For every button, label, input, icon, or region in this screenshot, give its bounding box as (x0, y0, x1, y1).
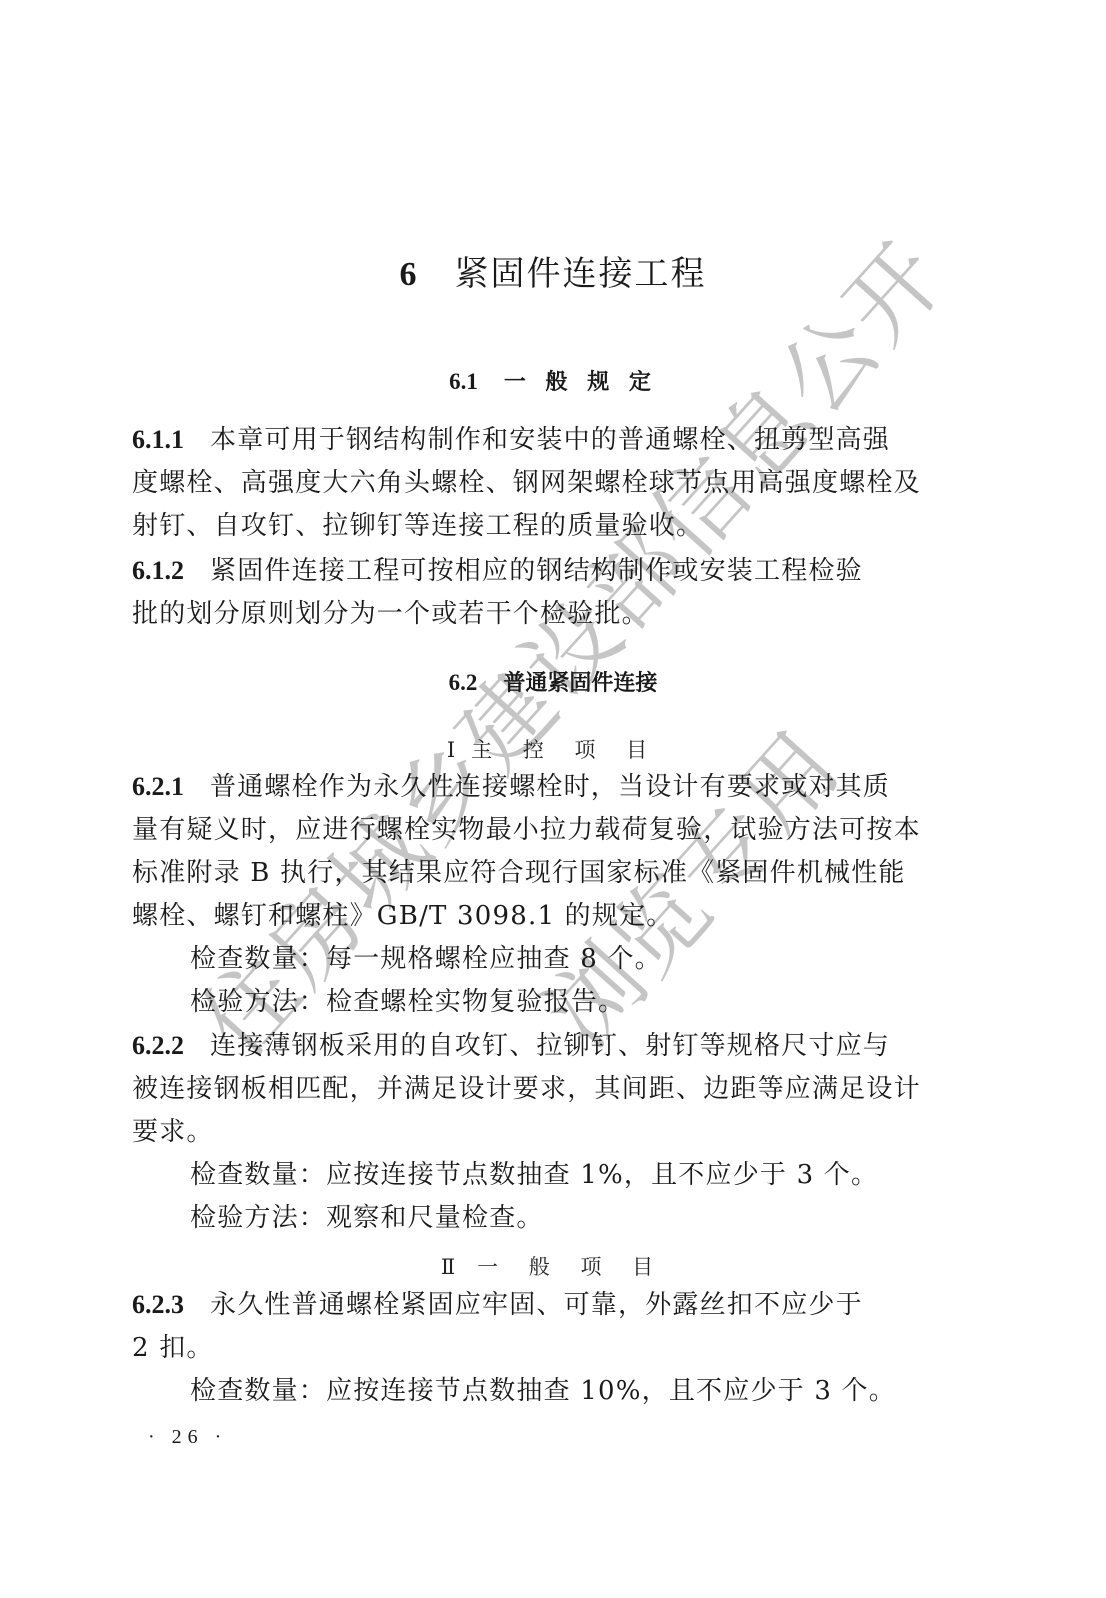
chapter-title-text: 紧固件连接工程 (455, 254, 707, 294)
clause-6-1-2-line-1: 6.1.2紧固件连接工程可按相应的钢结构制作或安装工程检验 (132, 558, 863, 584)
section-heading-6-1: 6.1一 般 规 定 (0, 365, 1106, 396)
subsection-heading-main-control: Ⅰ主 控 项 目 (0, 734, 1106, 764)
chapter-number: 6 (400, 256, 419, 293)
document-page: 住房城乡建设部信息公开 浏览专用 6紧固件连接工程 6.1一 般 规 定 6.1… (0, 0, 1106, 1598)
clause-6-1-2-line-2: 批的划分原则划分为一个或若干个检验批。 (132, 601, 649, 627)
clause-6-2-2-line-1: 6.2.2连接薄钢板采用的自攻钉、拉铆钉、射钉等规格尺寸应与 (132, 1033, 890, 1059)
clause-number: 6.2.2 (132, 1031, 184, 1060)
clause-text: 本章可用于钢结构制作和安装中的普通螺栓、扭剪型高强 (210, 425, 890, 455)
clause-text: 紧固件连接工程可按相应的钢结构制作或安装工程检验 (210, 556, 863, 586)
clause-number: 6.2.1 (132, 772, 184, 801)
clause-text: 普通螺栓作为永久性连接螺栓时，当设计有要求或对其质 (210, 772, 890, 802)
clause-number: 6.1.1 (132, 425, 184, 454)
section-number: 6.1 (449, 369, 478, 394)
subsection-title: 一 般 项 目 (477, 1255, 665, 1279)
subsection-numeral: Ⅰ (447, 738, 467, 762)
clause-6-2-3-check-quantity: 检查数量：应按连接节点数抽查 10%，且不应少于 3 个。 (190, 1378, 896, 1404)
subsection-numeral: Ⅱ (441, 1255, 467, 1279)
clause-6-2-1-line-4: 螺栓、螺钉和螺柱》GB/T 3098.1 的规定。 (132, 903, 673, 929)
clause-6-2-2-line-3: 要求。 (132, 1119, 214, 1145)
clause-6-1-1-line-3: 射钉、自攻钉、拉铆钉等连接工程的质量验收。 (132, 513, 703, 539)
clause-6-2-1-check-method: 检验方法：检查螺栓实物复验报告。 (190, 989, 625, 1015)
section-title: 普通紧固件连接 (503, 671, 657, 696)
clause-number: 6.2.3 (132, 1290, 184, 1319)
clause-6-1-1-line-2: 度螺栓、高强度大六角头螺栓、钢网架螺栓球节点用高强度螺栓及 (132, 470, 921, 496)
subsection-title: 主 控 项 目 (471, 738, 659, 762)
clause-6-2-2-line-2: 被连接钢板相匹配，并满足设计要求，其间距、边距等应满足设计 (132, 1076, 921, 1102)
page-number: · 26 · (148, 1426, 227, 1449)
clause-number: 6.1.2 (132, 556, 184, 585)
section-heading-6-2: 6.2普通紧固件连接 (0, 666, 1106, 697)
clause-6-2-1-line-3: 标准附录 B 执行，其结果应符合现行国家标准《紧固件机械性能 (132, 860, 906, 886)
clause-6-2-1-check-quantity: 检查数量：每一规格螺栓应抽查 8 个。 (190, 946, 662, 972)
section-title: 一 般 规 定 (504, 370, 657, 395)
clause-text: 连接薄钢板采用的自攻钉、拉铆钉、射钉等规格尺寸应与 (210, 1031, 890, 1061)
chapter-title: 6紧固件连接工程 (0, 246, 1106, 295)
clause-6-2-1-line-1: 6.2.1普通螺栓作为永久性连接螺栓时，当设计有要求或对其质 (132, 774, 890, 800)
clause-6-2-2-check-quantity: 检查数量：应按连接节点数抽查 1%，且不应少于 3 个。 (190, 1162, 878, 1188)
clause-6-2-3-line-1: 6.2.3永久性普通螺栓紧固应牢固、可靠，外露丝扣不应少于 (132, 1292, 863, 1318)
clause-6-2-3-line-2: 2 扣。 (132, 1335, 214, 1361)
section-number: 6.2 (449, 670, 478, 695)
subsection-heading-general: Ⅱ一 般 项 目 (0, 1251, 1106, 1281)
clause-text: 永久性普通螺栓紧固应牢固、可靠，外露丝扣不应少于 (210, 1290, 863, 1320)
clause-6-1-1-line-1: 6.1.1本章可用于钢结构制作和安装中的普通螺栓、扭剪型高强 (132, 427, 890, 453)
clause-6-2-2-check-method: 检验方法：观察和尺量检查。 (190, 1205, 544, 1231)
clause-6-2-1-line-2: 量有疑义时，应进行螺栓实物最小拉力载荷复验，试验方法可按本 (132, 817, 921, 843)
